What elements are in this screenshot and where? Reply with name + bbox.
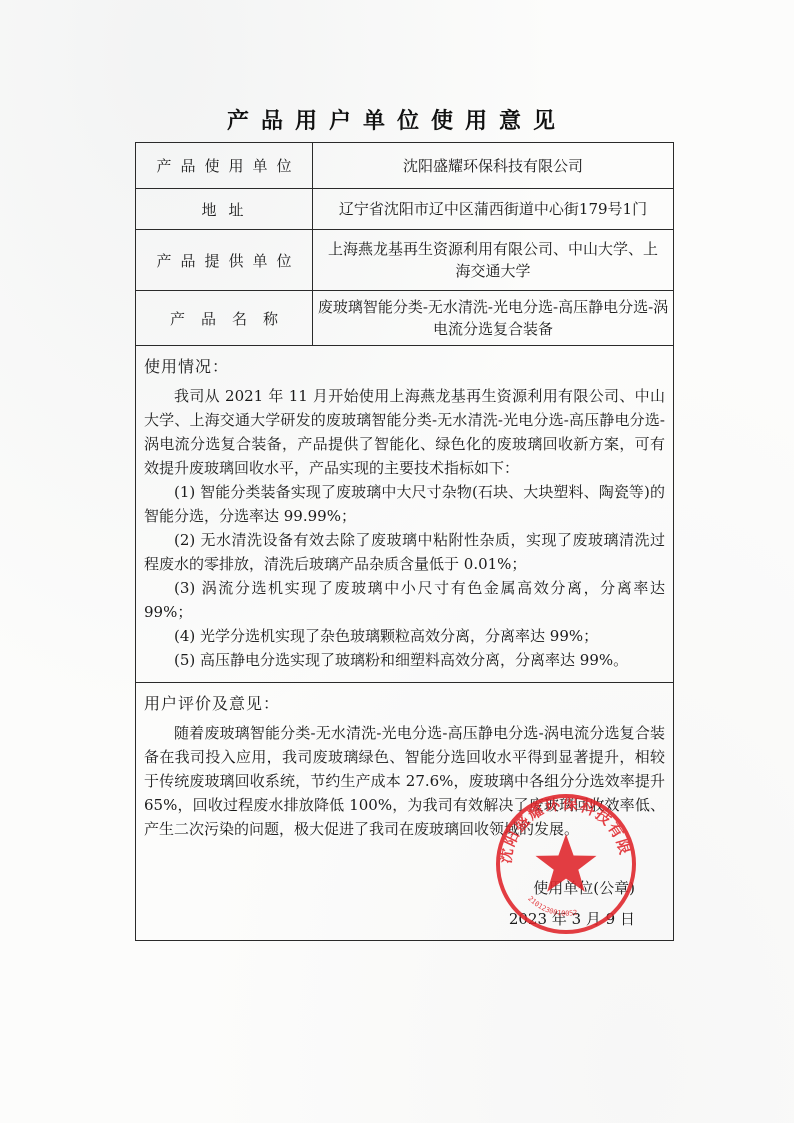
page-title: 产品用户单位使用意见 bbox=[0, 104, 794, 135]
table-row-provider: 产品提供单位 上海燕龙基再生资源利用有限公司、中山大学、上海交通大学 bbox=[136, 230, 673, 291]
label-product-name: 产品名称 bbox=[136, 291, 313, 345]
table-row-user-unit: 产品使用单位 沈阳盛耀环保科技有限公司 bbox=[136, 143, 673, 189]
label-provider: 产品提供单位 bbox=[136, 230, 313, 290]
usage-item-5: (5) 高压静电分选实现了玻璃粉和细塑料高效分离，分离率达 99%。 bbox=[144, 648, 665, 672]
usage-heading: 使用情况： bbox=[144, 354, 665, 380]
usage-section: 使用情况： 我司从 2021 年 11 月开始使用上海燕龙基再生资源利用有限公司… bbox=[136, 346, 673, 683]
value-product-name: 废玻璃智能分类-无水清洗-光电分选-高压静电分选-涡电流分选复合装备 bbox=[313, 291, 673, 345]
evaluation-section: 用户评价及意见： 随着废玻璃智能分类-无水清洗-光电分选-高压静电分选-涡电流分… bbox=[136, 683, 673, 940]
usage-item-4: (4) 光学分选机实现了杂色玻璃颗粒高效分离，分离率达 99%； bbox=[144, 624, 665, 648]
usage-item-2: (2) 无水清洗设备有效去除了废玻璃中粘附性杂质，实现了废玻璃清洗过程废水的零排… bbox=[144, 528, 665, 576]
value-provider: 上海燕龙基再生资源利用有限公司、中山大学、上海交通大学 bbox=[313, 230, 673, 290]
usage-item-3: (3) 涡流分选机实现了废玻璃中小尺寸有色金属高效分离，分离率达 99%； bbox=[144, 576, 665, 624]
opinion-form: 产品使用单位 沈阳盛耀环保科技有限公司 地址 辽宁省沈阳市辽中区蒲西街道中心街1… bbox=[135, 142, 674, 941]
table-row-product-name: 产品名称 废玻璃智能分类-无水清洗-光电分选-高压静电分选-涡电流分选复合装备 bbox=[136, 291, 673, 346]
usage-item-1: (1) 智能分类装备实现了废玻璃中大尺寸杂物(石块、大块塑料、陶瓷等)的智能分选… bbox=[144, 480, 665, 528]
evaluation-body: 随着废玻璃智能分类-无水清洗-光电分选-高压静电分选-涡电流分选复合装备在我司投… bbox=[144, 721, 665, 841]
evaluation-heading: 用户评价及意见： bbox=[144, 691, 665, 717]
label-address: 地址 bbox=[136, 189, 313, 229]
signature-label: 使用单位(公章) bbox=[533, 876, 635, 900]
signature-date: 2023 年 3 月 9 日 bbox=[509, 907, 635, 931]
label-user-unit: 产品使用单位 bbox=[136, 143, 313, 188]
value-address: 辽宁省沈阳市辽中区蒲西街道中心街179号1门 bbox=[313, 189, 673, 229]
value-user-unit: 沈阳盛耀环保科技有限公司 bbox=[313, 143, 673, 188]
table-row-address: 地址 辽宁省沈阳市辽中区蒲西街道中心街179号1门 bbox=[136, 189, 673, 230]
usage-intro: 我司从 2021 年 11 月开始使用上海燕龙基再生资源利用有限公司、中山大学、… bbox=[144, 384, 665, 480]
